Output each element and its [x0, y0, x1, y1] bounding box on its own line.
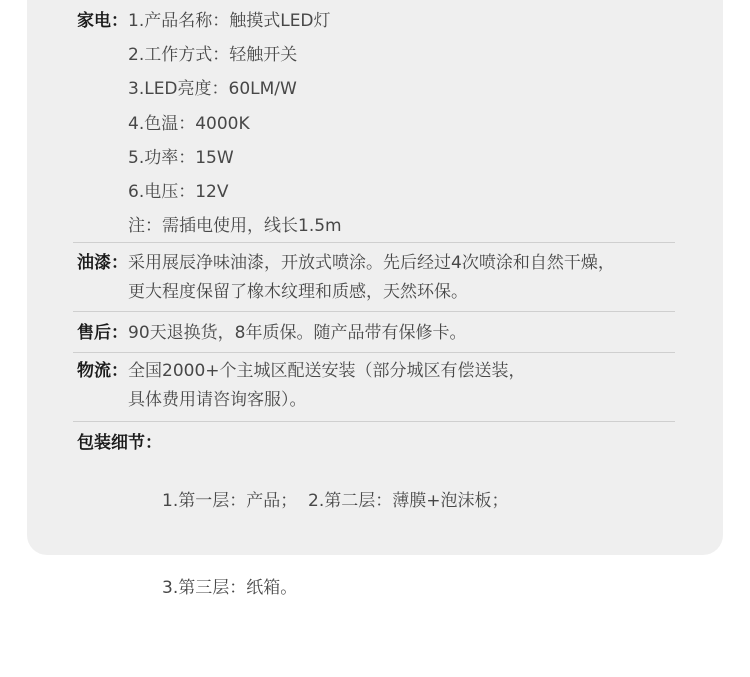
- logistics-line-1: 全国2000+个主城区配送安装（部分城区有偿送装，: [128, 357, 679, 386]
- spec-color-temperature: 4.色温：4000K: [128, 107, 679, 141]
- section-paint: 油漆： 采用展辰净味油漆，开放式喷涂。先后经过4次喷涂和自然干燥， 更大程度保留…: [77, 249, 679, 307]
- packaging-line-2: 3.第三层：纸箱。: [162, 574, 679, 603]
- section-value-appliance: 1.产品名称：触摸式LED灯 2.工作方式：轻触开关 3.LED亮度：60LM/…: [128, 4, 679, 243]
- section-label-appliance: 家电：: [77, 4, 128, 38]
- paint-description-line-2: 更大程度保留了橡木纹理和质感，天然环保。: [128, 278, 679, 307]
- section-value-logistics: 全国2000+个主城区配送安装（部分城区有偿送装， 具体费用请咨询客服）。: [128, 357, 679, 415]
- divider: [73, 242, 675, 243]
- divider: [73, 311, 675, 312]
- spec-note: 注：需插电使用，线长1.5m: [128, 209, 679, 243]
- section-after-sales: 售后： 90天退换货，8年质保。随产品带有保修卡。: [77, 319, 679, 348]
- section-label-packaging: 包装细节：: [77, 429, 162, 458]
- section-label-logistics: 物流：: [77, 357, 128, 386]
- section-appliance: 家电： 1.产品名称：触摸式LED灯 2.工作方式：轻触开关 3.LED亮度：6…: [77, 4, 679, 243]
- section-value-packaging: 1.第一层：产品； 2.第二层：薄膜+泡沫板； 3.第三层：纸箱。: [162, 429, 679, 661]
- section-value-after-sales: 90天退换货，8年质保。随产品带有保修卡。: [128, 319, 679, 348]
- divider: [73, 421, 675, 422]
- spec-power: 5.功率：15W: [128, 141, 679, 175]
- section-packaging: 包装细节： 1.第一层：产品； 2.第二层：薄膜+泡沫板； 3.第三层：纸箱。: [77, 429, 679, 661]
- spec-voltage: 6.电压：12V: [128, 175, 679, 209]
- section-label-paint: 油漆：: [77, 249, 128, 278]
- section-label-after-sales: 售后：: [77, 319, 128, 348]
- packaging-line-1: 1.第一层：产品； 2.第二层：薄膜+泡沫板；: [162, 487, 679, 516]
- section-logistics: 物流： 全国2000+个主城区配送安装（部分城区有偿送装， 具体费用请咨询客服）…: [77, 357, 679, 415]
- logistics-line-2: 具体费用请咨询客服）。: [128, 386, 679, 415]
- after-sales-line-1: 90天退换货，8年质保。随产品带有保修卡。: [128, 319, 679, 348]
- paint-description-line-1: 采用展辰净味油漆，开放式喷涂。先后经过4次喷涂和自然干燥，: [128, 249, 679, 278]
- spec-operation-mode: 2.工作方式：轻触开关: [128, 38, 679, 72]
- spec-led-brightness: 3.LED亮度：60LM/W: [128, 72, 679, 106]
- section-value-paint: 采用展辰净味油漆，开放式喷涂。先后经过4次喷涂和自然干燥， 更大程度保留了橡木纹…: [128, 249, 679, 307]
- spec-product-name: 1.产品名称：触摸式LED灯: [128, 4, 679, 38]
- divider: [73, 352, 675, 353]
